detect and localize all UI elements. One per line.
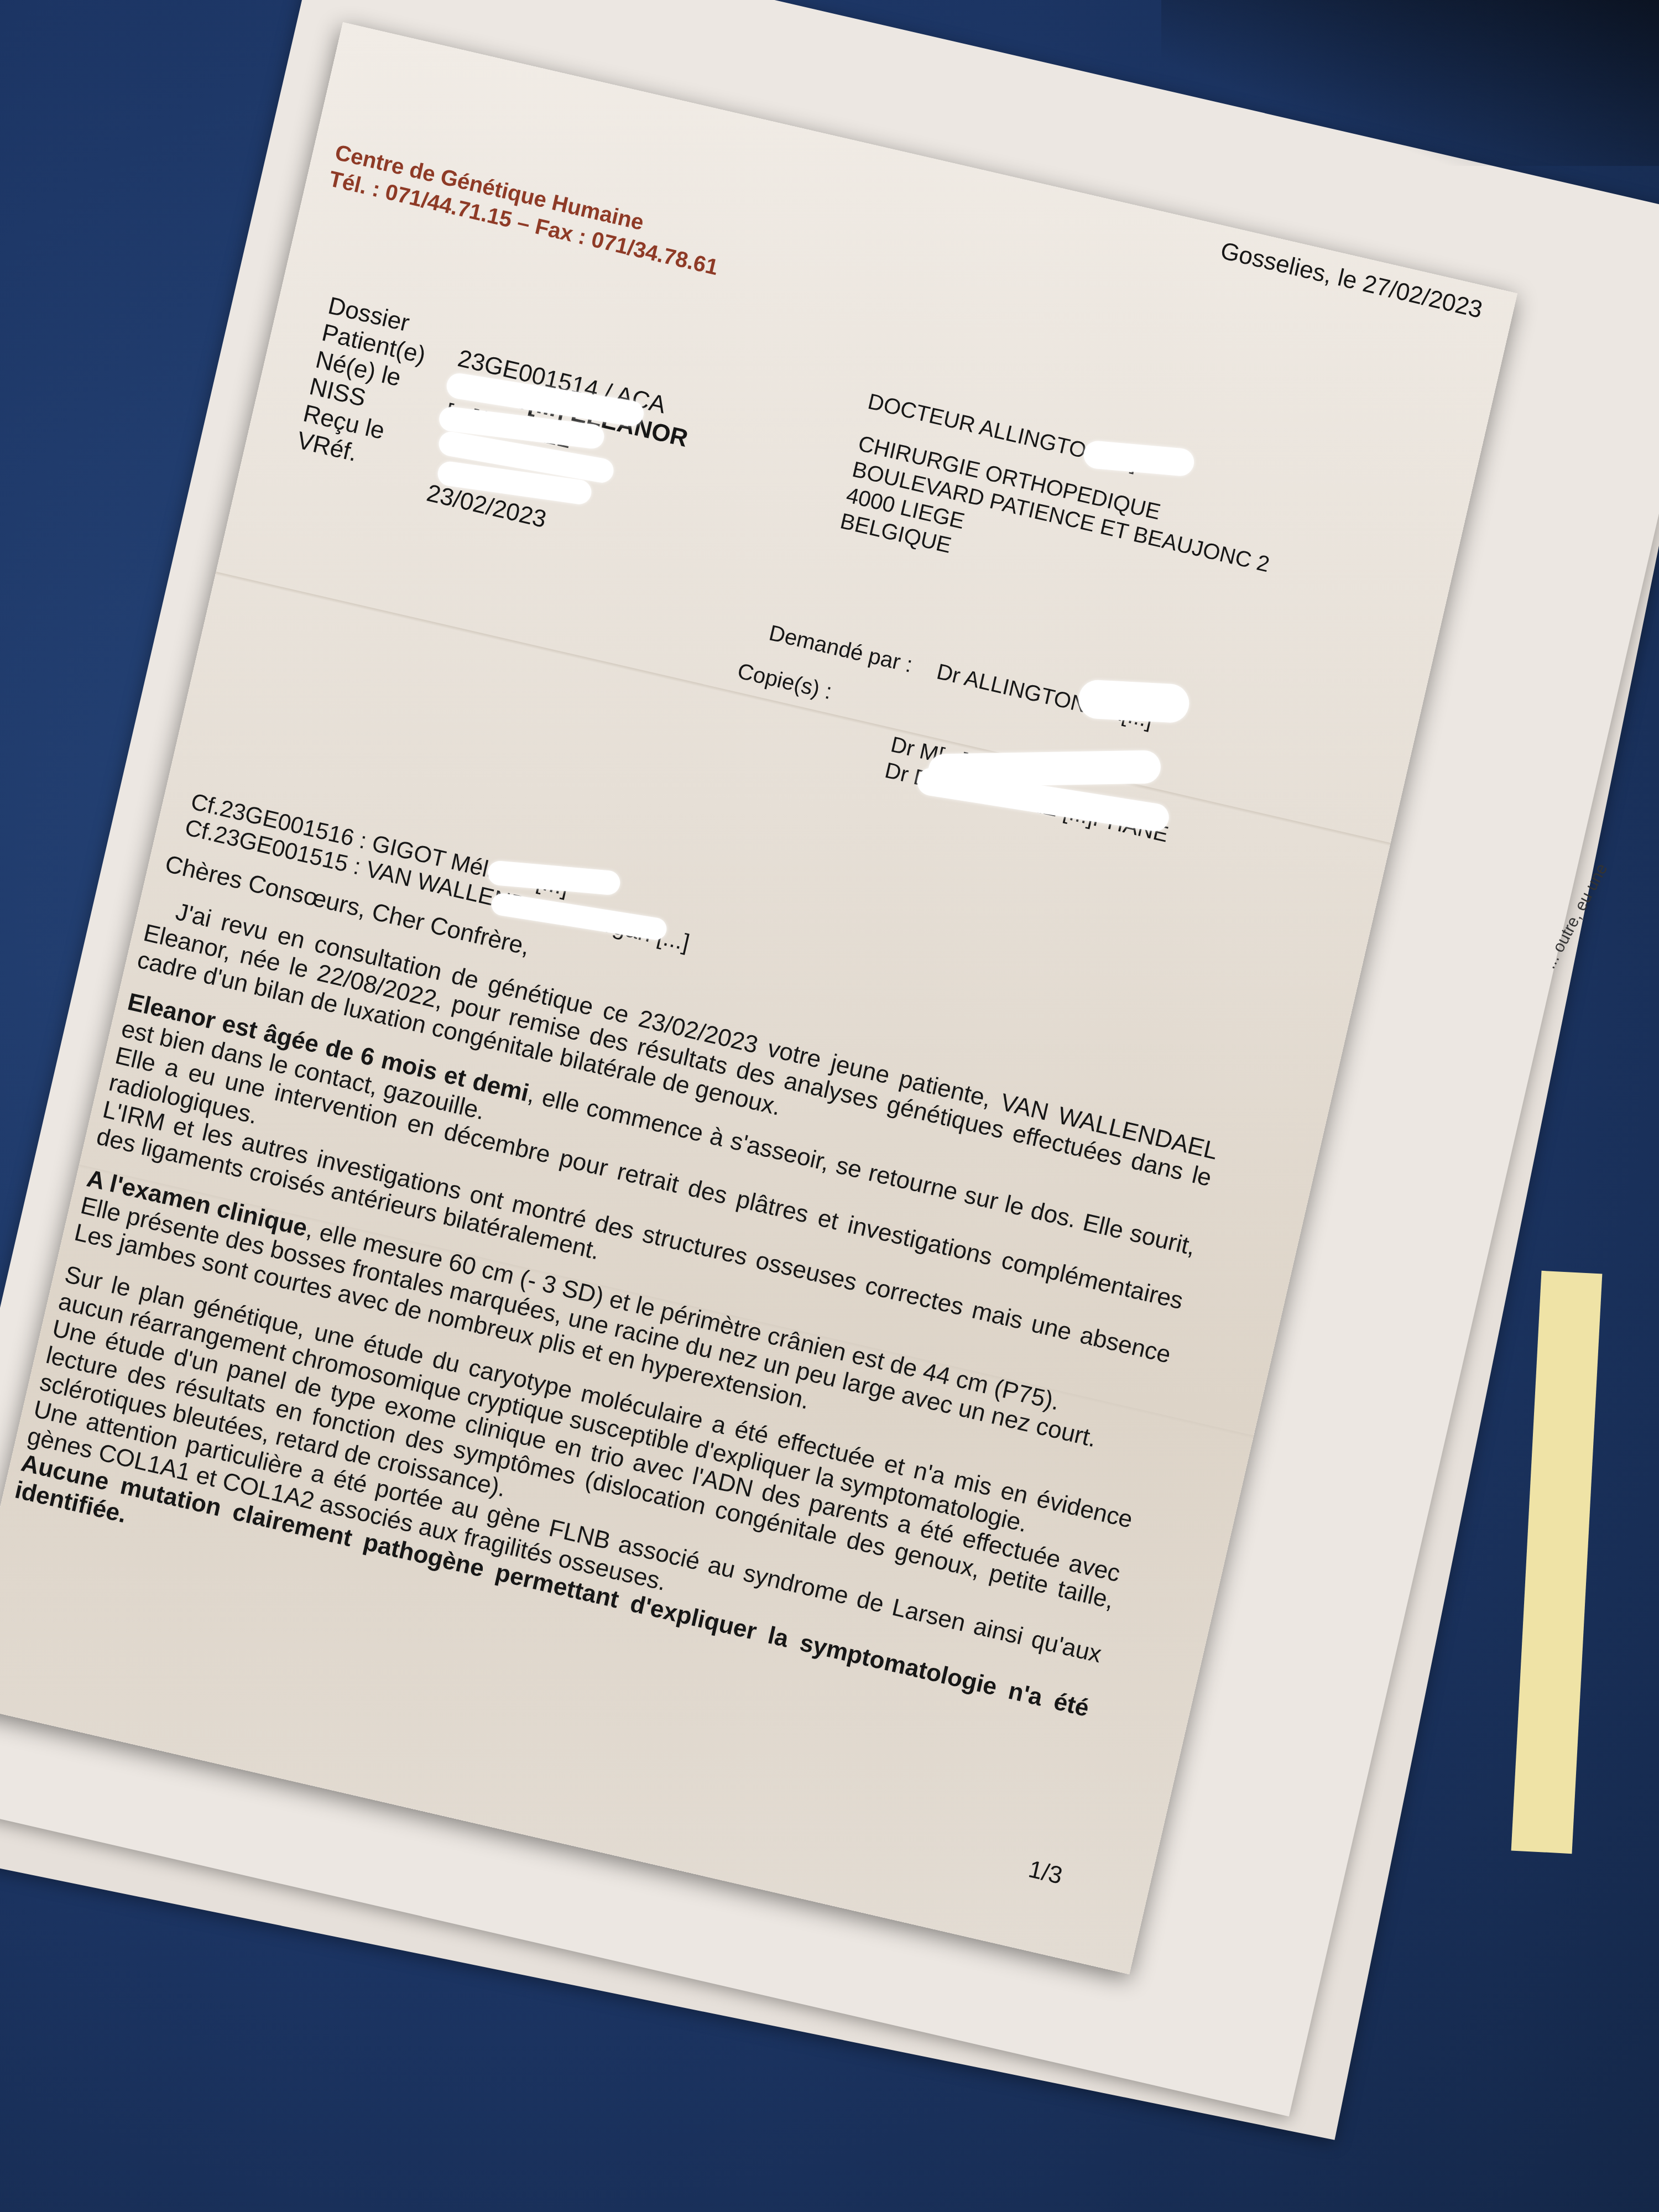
- recipient-address: DOCTEUR ALLINGTON [...] CHIRURGIE ORTHOP…: [838, 388, 1288, 630]
- meta-labels: Dossier Patient(e) Né(e) le NISS Reçu le…: [294, 292, 434, 477]
- reference-line: Cf.23GE001516 : GIGOT Mélanie [...]: [189, 788, 698, 930]
- letterhead: Centre de Génétique Humaine Tél. : 071/4…: [327, 140, 727, 281]
- redaction-mark: [1078, 679, 1190, 723]
- page-number: 1/3: [1026, 1855, 1065, 1890]
- letter-body: J'ai revu en consultation de génétique c…: [9, 892, 1220, 1765]
- background-shadow: [1161, 0, 1659, 166]
- yellow-sheet-edge: [1511, 1271, 1603, 1854]
